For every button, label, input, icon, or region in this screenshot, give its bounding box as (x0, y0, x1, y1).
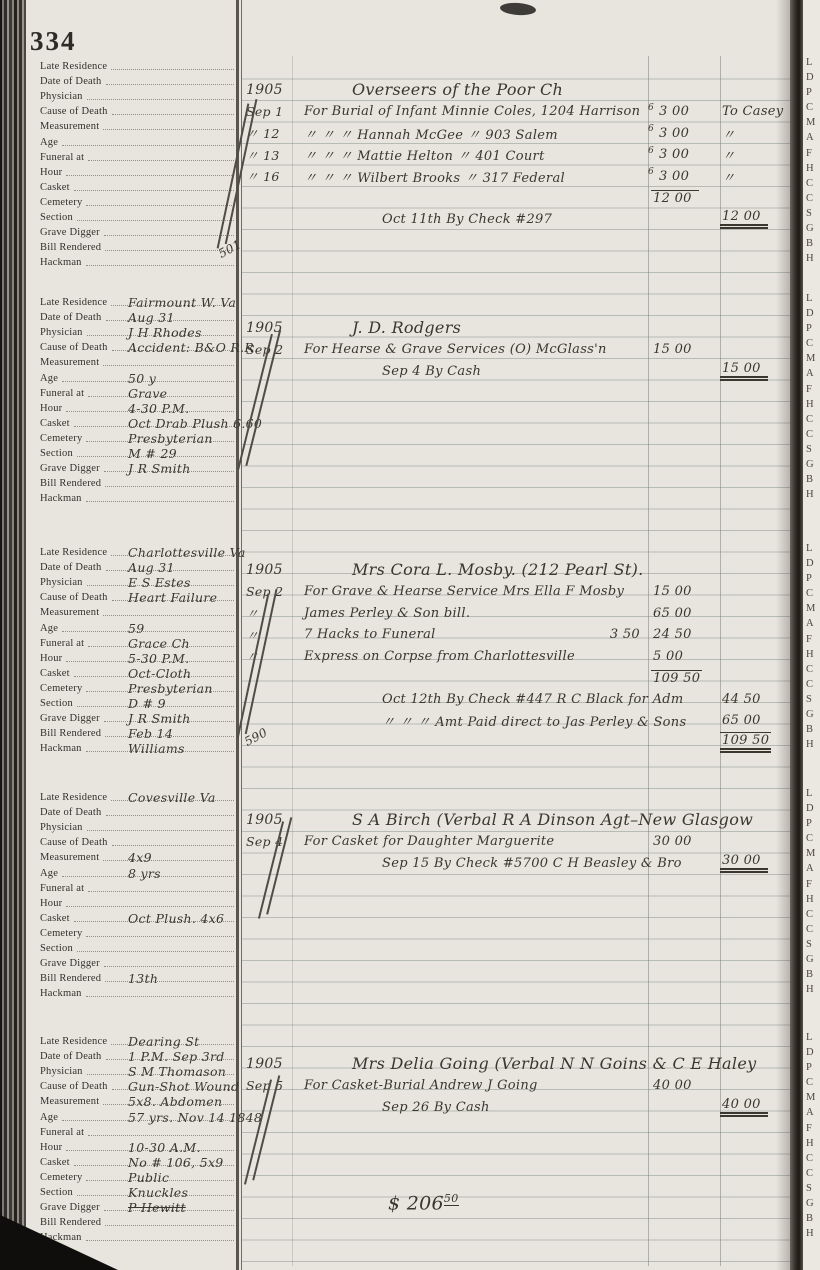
field-label: Hour (40, 653, 62, 664)
field-row: Funeral at (40, 879, 236, 894)
field-label: Funeral at (40, 1127, 84, 1138)
entry-text-cell: James Perley & Son bill. (304, 606, 648, 621)
field-label: Hour (40, 898, 62, 909)
dotted-leader-line (106, 815, 235, 816)
field-label: Hour (40, 167, 62, 178)
page-total: $ 20650 (388, 1192, 459, 1214)
field-row: Casket (40, 178, 236, 193)
entry-text: For Burial of Infant Minnie Coles, 1204 … (304, 104, 640, 119)
field-value-handwritten: Public (128, 1170, 169, 1185)
entry-title: Mrs Delia Going (Verbal N N Goins & C E … (304, 1054, 788, 1073)
amount-2: 〃 (720, 124, 768, 143)
field-value-handwritten: Presbyterian (128, 431, 213, 446)
cutoff-label-letter: H (806, 649, 820, 664)
field-row: Late Residence Fairmount W. Va (40, 293, 236, 308)
entry-rows: Sep 4 For Casket for Daughter Marguerite… (246, 831, 788, 874)
cutoff-label-letter: L (806, 293, 820, 308)
field-label: Physician (40, 327, 83, 338)
entry-rows: Sep 2 For Grave & Hearse Service Mrs Ell… (246, 581, 788, 753)
field-label: Cause of Death (40, 837, 108, 848)
entry-date: 〃 (246, 604, 304, 622)
field-value-handwritten: 4-30 P.M. (128, 401, 189, 416)
cutoff-label-letter: C (806, 193, 820, 208)
cutoff-label-letter: F (806, 634, 820, 649)
entry-title: S A Birch (Verbal R A Dinson Agt–New Gla… (304, 810, 788, 829)
cutoff-label-letter: M (806, 353, 820, 368)
tally-tick: 6 (648, 103, 654, 113)
field-label: Grave Digger (40, 227, 100, 238)
entry-rows: Sep 5 For Casket-Burial Andrew J Going 4… (246, 1075, 788, 1118)
field-row: Bill Rendered Feb 14 (40, 724, 236, 739)
field-value-handwritten: Grave (128, 386, 167, 401)
amount-1: 15 00 (651, 342, 699, 357)
cutoff-label-letter: C (806, 1153, 820, 1168)
field-value-handwritten: Knuckles (128, 1185, 188, 1200)
amount-column-1: 63 00 (648, 147, 720, 162)
field-label: Grave Digger (40, 1202, 100, 1213)
field-label: Cause of Death (40, 106, 108, 117)
field-row: Funeral at (40, 148, 236, 163)
cutoff-label-letter: B (806, 238, 820, 253)
cutoff-label-letter: F (806, 1123, 820, 1138)
field-row: Date of Death (40, 72, 236, 87)
entry-text: 〃 〃 〃 Hannah McGee 〃 903 Salem (304, 124, 640, 143)
sliver-letters-3: L D P C M A F H C C S G B H (806, 543, 820, 754)
amount-1: 3 00 (657, 104, 705, 119)
amount-2: 〃 (720, 145, 768, 164)
field-label: Late Residence (40, 547, 107, 558)
field-row: Date of Death Aug 31 (40, 308, 236, 323)
record-block-5-entry: 1905 Mrs Delia Going (Verbal N N Goins &… (246, 1052, 788, 1118)
entry-row: 〃 16 〃 〃 〃 Wilbert Brooks 〃 317 Federal … (246, 166, 788, 188)
entry-date: 〃 16 (246, 167, 304, 185)
field-value-handwritten: Aug 31 (128, 310, 175, 325)
field-row: Hour 5-30 P.M. (40, 649, 236, 664)
amount-2: 109 50 (720, 732, 771, 753)
ledger-page: 334 Late Residence Date of Death Physici… (0, 0, 820, 1270)
amount-column-1: 12 00 (648, 190, 720, 206)
field-row: Late Residence (40, 57, 236, 72)
cutoff-label-letter: L (806, 57, 820, 72)
amount-2: 65 00 (720, 713, 768, 728)
cutoff-label-letter: H (806, 399, 820, 414)
entry-text: For Hearse & Grave Services (O) McGlass'… (304, 342, 640, 357)
amount-1: 5 00 (651, 649, 699, 664)
cutoff-label-letter: F (806, 384, 820, 399)
field-label: Physician (40, 822, 83, 833)
field-label: Funeral at (40, 152, 84, 163)
field-row: Measurement (40, 603, 236, 618)
field-label: Measurement (40, 357, 99, 368)
cutoff-label-letter: A (806, 1107, 820, 1122)
entry-text-cell: Oct 12th By Check #447 R C Black for Adm (304, 692, 648, 707)
entry-text-cell: Sep 15 By Check #5700 C H Beasley & Bro (304, 856, 648, 871)
field-label: Date of Death (40, 562, 102, 573)
book-binding-edge (0, 0, 26, 1270)
dotted-leader-line (103, 365, 234, 366)
dotted-leader-line (104, 235, 234, 236)
amount-column-2: 〃 (720, 167, 788, 186)
amount-1: 40 00 (651, 1078, 699, 1093)
field-value-handwritten: D # 9 (128, 696, 166, 711)
field-value-handwritten: 1 P.M. Sep 3rd (128, 1049, 225, 1064)
field-row: Cemetery Public (40, 1168, 236, 1183)
dotted-leader-line (86, 205, 234, 206)
field-value-handwritten: Accident: B&O R.R. (128, 340, 258, 355)
record-block-5-fields: Late Residence Dearing St Date of Death … (40, 1032, 236, 1243)
field-row: Grave Digger J R Smith (40, 709, 236, 724)
entry-date: 〃 (246, 626, 304, 644)
field-row: Bill Rendered (40, 238, 236, 253)
dotted-leader-line (104, 966, 234, 967)
field-value-handwritten: Grace Ch (128, 636, 190, 651)
record-block-3-entry: 1905 Mrs Cora L. Mosby. (212 Pearl St). … (246, 558, 788, 753)
field-value-handwritten: Aug 31 (128, 560, 175, 575)
dotted-leader-line (112, 114, 234, 115)
amount-2: 44 50 (720, 692, 768, 707)
cutoff-label-letter: C (806, 909, 820, 924)
entry-row: 〃 〃 〃 Amt Paid direct to Jas Perley & So… (246, 710, 788, 732)
field-label: Measurement (40, 852, 99, 863)
field-label: Section (40, 698, 73, 709)
entry-text: Sep 15 By Check #5700 C H Beasley & Bro (304, 856, 682, 871)
field-label: Casket (40, 182, 70, 193)
field-label: Grave Digger (40, 463, 100, 474)
field-row: Funeral at Grace Ch (40, 634, 236, 649)
field-value-handwritten: Heart Failure (128, 590, 217, 605)
dotted-leader-line (66, 175, 234, 176)
cutoff-label-letter: C (806, 924, 820, 939)
entry-text: 〃 〃 〃 Amt Paid direct to Jas Perley & So… (304, 711, 686, 730)
cutoff-label-letter: A (806, 368, 820, 383)
dotted-leader-line (86, 996, 234, 997)
amount-column-2: 〃 (720, 124, 788, 143)
entry-text-cell: 〃 〃 〃 Hannah McGee 〃 903 Salem (304, 124, 648, 143)
sliver-letters-2: L D P C M A F H C C S G B H (806, 293, 820, 504)
cutoff-label-letter: S (806, 694, 820, 709)
field-value-handwritten: 5x8. Abdomen (128, 1094, 222, 1109)
dotted-leader-line (103, 129, 234, 130)
entry-row: Sep 4 By Cash 15 00 (246, 361, 788, 383)
field-value-handwritten: 13th (128, 971, 158, 986)
field-row: Physician (40, 818, 236, 833)
field-row: Cause of Death (40, 833, 236, 848)
field-row: Hackman Williams (40, 739, 236, 754)
field-row: Measurement (40, 353, 236, 368)
cutoff-label-letter: B (806, 1213, 820, 1228)
amount-1: 3 00 (657, 147, 705, 162)
field-value-handwritten: Fairmount W. Va (128, 295, 236, 310)
cutoff-label-letter: D (806, 803, 820, 818)
amount-column-1: 109 50 (648, 670, 720, 686)
entry-text-cell: Express on Corpse from Charlottesville (304, 649, 648, 664)
cutoff-label-letter: G (806, 954, 820, 969)
record-block-2-entry: 1905 J. D. Rodgers Sep 2 For Hearse & Gr… (246, 316, 788, 382)
field-row: Casket Oct Plush. 4x6 (40, 909, 236, 924)
amount-column-1: 63 00 (648, 169, 720, 184)
field-row: Physician (40, 87, 236, 102)
entry-text: Sep 26 By Cash (304, 1100, 640, 1115)
field-row: Grave Digger (40, 223, 236, 238)
field-label: Casket (40, 1157, 70, 1168)
sliver-letters-5: L D P C M A F H C C S G B H (806, 1032, 820, 1243)
cutoff-label-letter: D (806, 558, 820, 573)
field-row: Hackman (40, 489, 236, 504)
amount-column-2: 〃 (720, 145, 788, 164)
amount-column-1: 15 00 (648, 342, 720, 357)
field-row: Hour (40, 163, 236, 178)
cutoff-label-letter: M (806, 603, 820, 618)
field-value-handwritten: Covesville Va (128, 790, 216, 805)
field-label: Bill Rendered (40, 973, 101, 984)
entry-row: 〃 7 Hacks to Funeral3 50 24 50 (246, 624, 788, 646)
field-value-handwritten: 5-30 P.M. (128, 651, 189, 666)
dotted-leader-line (105, 250, 234, 251)
field-value-handwritten: Presbyterian (128, 681, 213, 696)
sliver-letters-1: L D P C M A F H C C S G B H (806, 57, 820, 268)
field-row: Bill Rendered (40, 474, 236, 489)
field-label: Measurement (40, 607, 99, 618)
record-block-4-fields: Late Residence Covesville Va Date of Dea… (40, 788, 236, 999)
field-label: Age (40, 373, 58, 384)
entry-row: 109 50 (246, 732, 788, 754)
amount-column-1: 63 00 (648, 126, 720, 141)
entry-rows: Sep 2 For Hearse & Grave Services (O) Mc… (246, 339, 788, 382)
amount-column-1: 5 00 (648, 649, 720, 664)
entry-date: 〃 13 (246, 146, 304, 164)
entry-title: Mrs Cora L. Mosby. (212 Pearl St). (304, 560, 788, 579)
field-label: Casket (40, 418, 70, 429)
amount-1: 15 00 (651, 584, 699, 599)
dotted-leader-line (86, 265, 234, 266)
amount-2: 40 00 (720, 1097, 768, 1117)
field-value-handwritten: E S Estes (128, 575, 191, 590)
cutoff-label-letter: P (806, 573, 820, 588)
field-row: Hour 10-30 A.M. (40, 1138, 236, 1153)
cutoff-label-letter: G (806, 223, 820, 238)
amount-column-2: 44 50 (720, 692, 788, 707)
amount-column-1: 30 00 (648, 834, 720, 849)
cutoff-label-letter: D (806, 72, 820, 87)
field-row: Hackman (40, 1228, 236, 1243)
field-label: Late Residence (40, 792, 107, 803)
entry-row: Oct 12th By Check #447 R C Black for Adm… (246, 689, 788, 711)
cutoff-label-letter: D (806, 308, 820, 323)
record-block-1-entry: 1905 Overseers of the Poor Ch Sep 1 For … (246, 78, 788, 230)
field-row: Hour 4-30 P.M. (40, 399, 236, 414)
record-block-3-fields: Late Residence Charlottesville Va Date o… (40, 543, 236, 754)
field-row: Hackman (40, 253, 236, 268)
cutoff-label-letter: C (806, 833, 820, 848)
field-row: Section Knuckles (40, 1183, 236, 1198)
field-label: Cause of Death (40, 1081, 108, 1092)
field-row: Date of Death Aug 31 (40, 558, 236, 573)
ink-smudge (500, 2, 537, 16)
entry-row: 〃 Express on Corpse from Charlottesville… (246, 646, 788, 668)
dotted-leader-line (86, 1240, 234, 1241)
field-label: Grave Digger (40, 713, 100, 724)
amount-column-1: 63 00 (648, 104, 720, 119)
amount-1: 24 50 (651, 627, 699, 642)
field-value-handwritten: J R Smith (128, 711, 191, 726)
amount-1: 109 50 (651, 670, 702, 686)
cutoff-label-letter: S (806, 1183, 820, 1198)
entry-title-row: 1905 S A Birch (Verbal R A Dinson Agt–Ne… (246, 808, 788, 831)
field-row: Funeral at Grave (40, 384, 236, 399)
cutoff-label-letter: C (806, 178, 820, 193)
cutoff-label-letter: A (806, 132, 820, 147)
field-label: Funeral at (40, 388, 84, 399)
entry-row: Sep 4 For Casket for Daughter Marguerite… (246, 831, 788, 853)
cutoff-label-letter: L (806, 788, 820, 803)
dotted-leader-line (103, 860, 234, 861)
amount-1: 30 00 (651, 834, 699, 849)
field-label: Hour (40, 403, 62, 414)
cutoff-label-letter: G (806, 1198, 820, 1213)
field-label: Physician (40, 1066, 83, 1077)
field-label: Age (40, 868, 58, 879)
entry-row: Oct 11th By Check #297 12 00 (246, 209, 788, 231)
entry-text-cell: For Burial of Infant Minnie Coles, 1204 … (304, 104, 648, 119)
entry-row: 〃 James Perley & Son bill. 65 00 (246, 603, 788, 625)
amount-2: To Casey (720, 104, 785, 119)
field-label: Bill Rendered (40, 728, 101, 739)
dotted-leader-line (87, 830, 234, 831)
field-row: Measurement (40, 117, 236, 132)
field-row: Date of Death 1 P.M. Sep 3rd (40, 1047, 236, 1062)
field-label: Age (40, 137, 58, 148)
field-row: Cause of Death Gun-Shot Wound (40, 1077, 236, 1092)
field-row: Grave Digger P Hewitt (40, 1198, 236, 1213)
field-value-handwritten: Oct-Cloth (128, 666, 191, 681)
field-label: Late Residence (40, 297, 107, 308)
field-value-handwritten: Williams (128, 741, 185, 756)
field-value-handwritten: M # 29 (128, 446, 177, 461)
cutoff-label-letter: H (806, 253, 820, 268)
sliver-letters-4: L D P C M A F H C C S G B H (806, 788, 820, 999)
field-row: Cemetery Presbyterian (40, 679, 236, 694)
amount-1: 65 00 (651, 606, 699, 621)
cutoff-label-letter: P (806, 323, 820, 338)
entry-text-cell: 〃 〃 〃 Amt Paid direct to Jas Perley & So… (304, 711, 648, 730)
entry-text: For Grave & Hearse Service Mrs Ella F Mo… (304, 584, 640, 599)
record-block-4-entry: 1905 S A Birch (Verbal R A Dinson Agt–Ne… (246, 808, 788, 874)
entry-text: James Perley & Son bill. (304, 606, 640, 621)
field-label: Measurement (40, 1096, 99, 1107)
field-value-handwritten: 50 y (128, 371, 156, 386)
field-row: Cause of Death Heart Failure (40, 588, 236, 603)
field-label: Section (40, 212, 73, 223)
field-row: Cause of Death (40, 102, 236, 117)
field-row: Casket Oct-Cloth (40, 664, 236, 679)
cutoff-label-letter: C (806, 414, 820, 429)
dotted-leader-line (105, 1225, 234, 1226)
tally-tick: 6 (648, 167, 654, 177)
field-value-handwritten: Oct Drab Plush 6.60 (128, 416, 262, 431)
field-value-handwritten: Charlottesville Va (128, 545, 246, 560)
entry-row: Sep 5 For Casket-Burial Andrew J Going 4… (246, 1075, 788, 1097)
cutoff-label-letter: H (806, 1138, 820, 1153)
dotted-leader-line (105, 981, 234, 982)
field-label: Cemetery (40, 683, 82, 694)
field-value-handwritten: 4x9 (128, 850, 152, 865)
cutoff-label-letter: M (806, 1092, 820, 1107)
cutoff-label-letter: M (806, 848, 820, 863)
cutoff-label-letter: H (806, 163, 820, 178)
entry-year: 1905 (246, 812, 304, 828)
entry-text: Sep 4 By Cash (304, 364, 640, 379)
field-value-handwritten: P Hewitt (128, 1200, 186, 1215)
entry-text-cell: For Grave & Hearse Service Mrs Ella F Mo… (304, 584, 648, 599)
dotted-leader-line (74, 190, 234, 191)
entry-text-cell: 〃 〃 〃 Mattie Helton 〃 401 Court (304, 145, 648, 164)
cutoff-label-letter: B (806, 969, 820, 984)
amount-column-2: 15 00 (720, 361, 788, 381)
cutoff-label-letter: C (806, 429, 820, 444)
amount-column-1: 40 00 (648, 1078, 720, 1093)
field-row: Hour (40, 894, 236, 909)
entry-text: For Casket-Burial Andrew J Going (304, 1078, 640, 1093)
field-label: Late Residence (40, 61, 107, 72)
field-row: Funeral at (40, 1123, 236, 1138)
cutoff-label-letter: H (806, 739, 820, 754)
field-row: Physician S M Thomason (40, 1062, 236, 1077)
dotted-leader-line (88, 891, 234, 892)
field-label: Hackman (40, 988, 82, 999)
field-row: Grave Digger (40, 954, 236, 969)
cutoff-label-letter: C (806, 664, 820, 679)
entry-text-cell: Oct 11th By Check #297 (304, 212, 648, 227)
entry-text-cell: For Hearse & Grave Services (O) McGlass'… (304, 342, 648, 357)
field-value-handwritten: 8 yrs (128, 866, 161, 881)
entry-text-cell: For Casket for Daughter Marguerite (304, 834, 648, 849)
entry-text-cell: For Casket-Burial Andrew J Going (304, 1078, 648, 1093)
amount-column-2: 12 00 (720, 209, 788, 229)
field-label: Bill Rendered (40, 478, 101, 489)
entry-year: 1905 (246, 82, 304, 98)
amount-1: 3 00 (657, 169, 705, 184)
amount-1: 12 00 (651, 190, 699, 206)
entry-row: 〃 12 〃 〃 〃 Hannah McGee 〃 903 Salem 63 0… (246, 123, 788, 145)
field-row: Age (40, 132, 236, 147)
field-row: Cemetery (40, 924, 236, 939)
field-label: Hour (40, 1142, 62, 1153)
amount-column-1: 15 00 (648, 584, 720, 599)
cutoff-label-letter: H (806, 894, 820, 909)
entry-text: 7 Hacks to Funeral (304, 627, 610, 642)
entry-date: 〃 12 (246, 124, 304, 142)
field-row: Cause of Death Accident: B&O R.R. (40, 338, 236, 353)
cutoff-label-letter: H (806, 1228, 820, 1243)
entry-row: 12 00 (246, 187, 788, 209)
dotted-leader-line (66, 906, 234, 907)
field-row: Cemetery (40, 193, 236, 208)
dotted-leader-line (88, 160, 234, 161)
field-label: Hackman (40, 743, 82, 754)
amount-2: 15 00 (720, 361, 768, 381)
field-label: Section (40, 1187, 73, 1198)
dotted-leader-line (105, 486, 234, 487)
entry-row: Sep 1 For Burial of Infant Minnie Coles,… (246, 101, 788, 123)
cutoff-label-letter: C (806, 679, 820, 694)
entry-title-row: 1905 Mrs Delia Going (Verbal N N Goins &… (246, 1052, 788, 1075)
field-label: Cemetery (40, 197, 82, 208)
cutoff-label-letter: C (806, 1077, 820, 1092)
cutoff-label-letter: M (806, 117, 820, 132)
field-row: Physician J H Rhodes (40, 323, 236, 338)
amount-2: 12 00 (720, 209, 768, 229)
field-label: Funeral at (40, 638, 84, 649)
